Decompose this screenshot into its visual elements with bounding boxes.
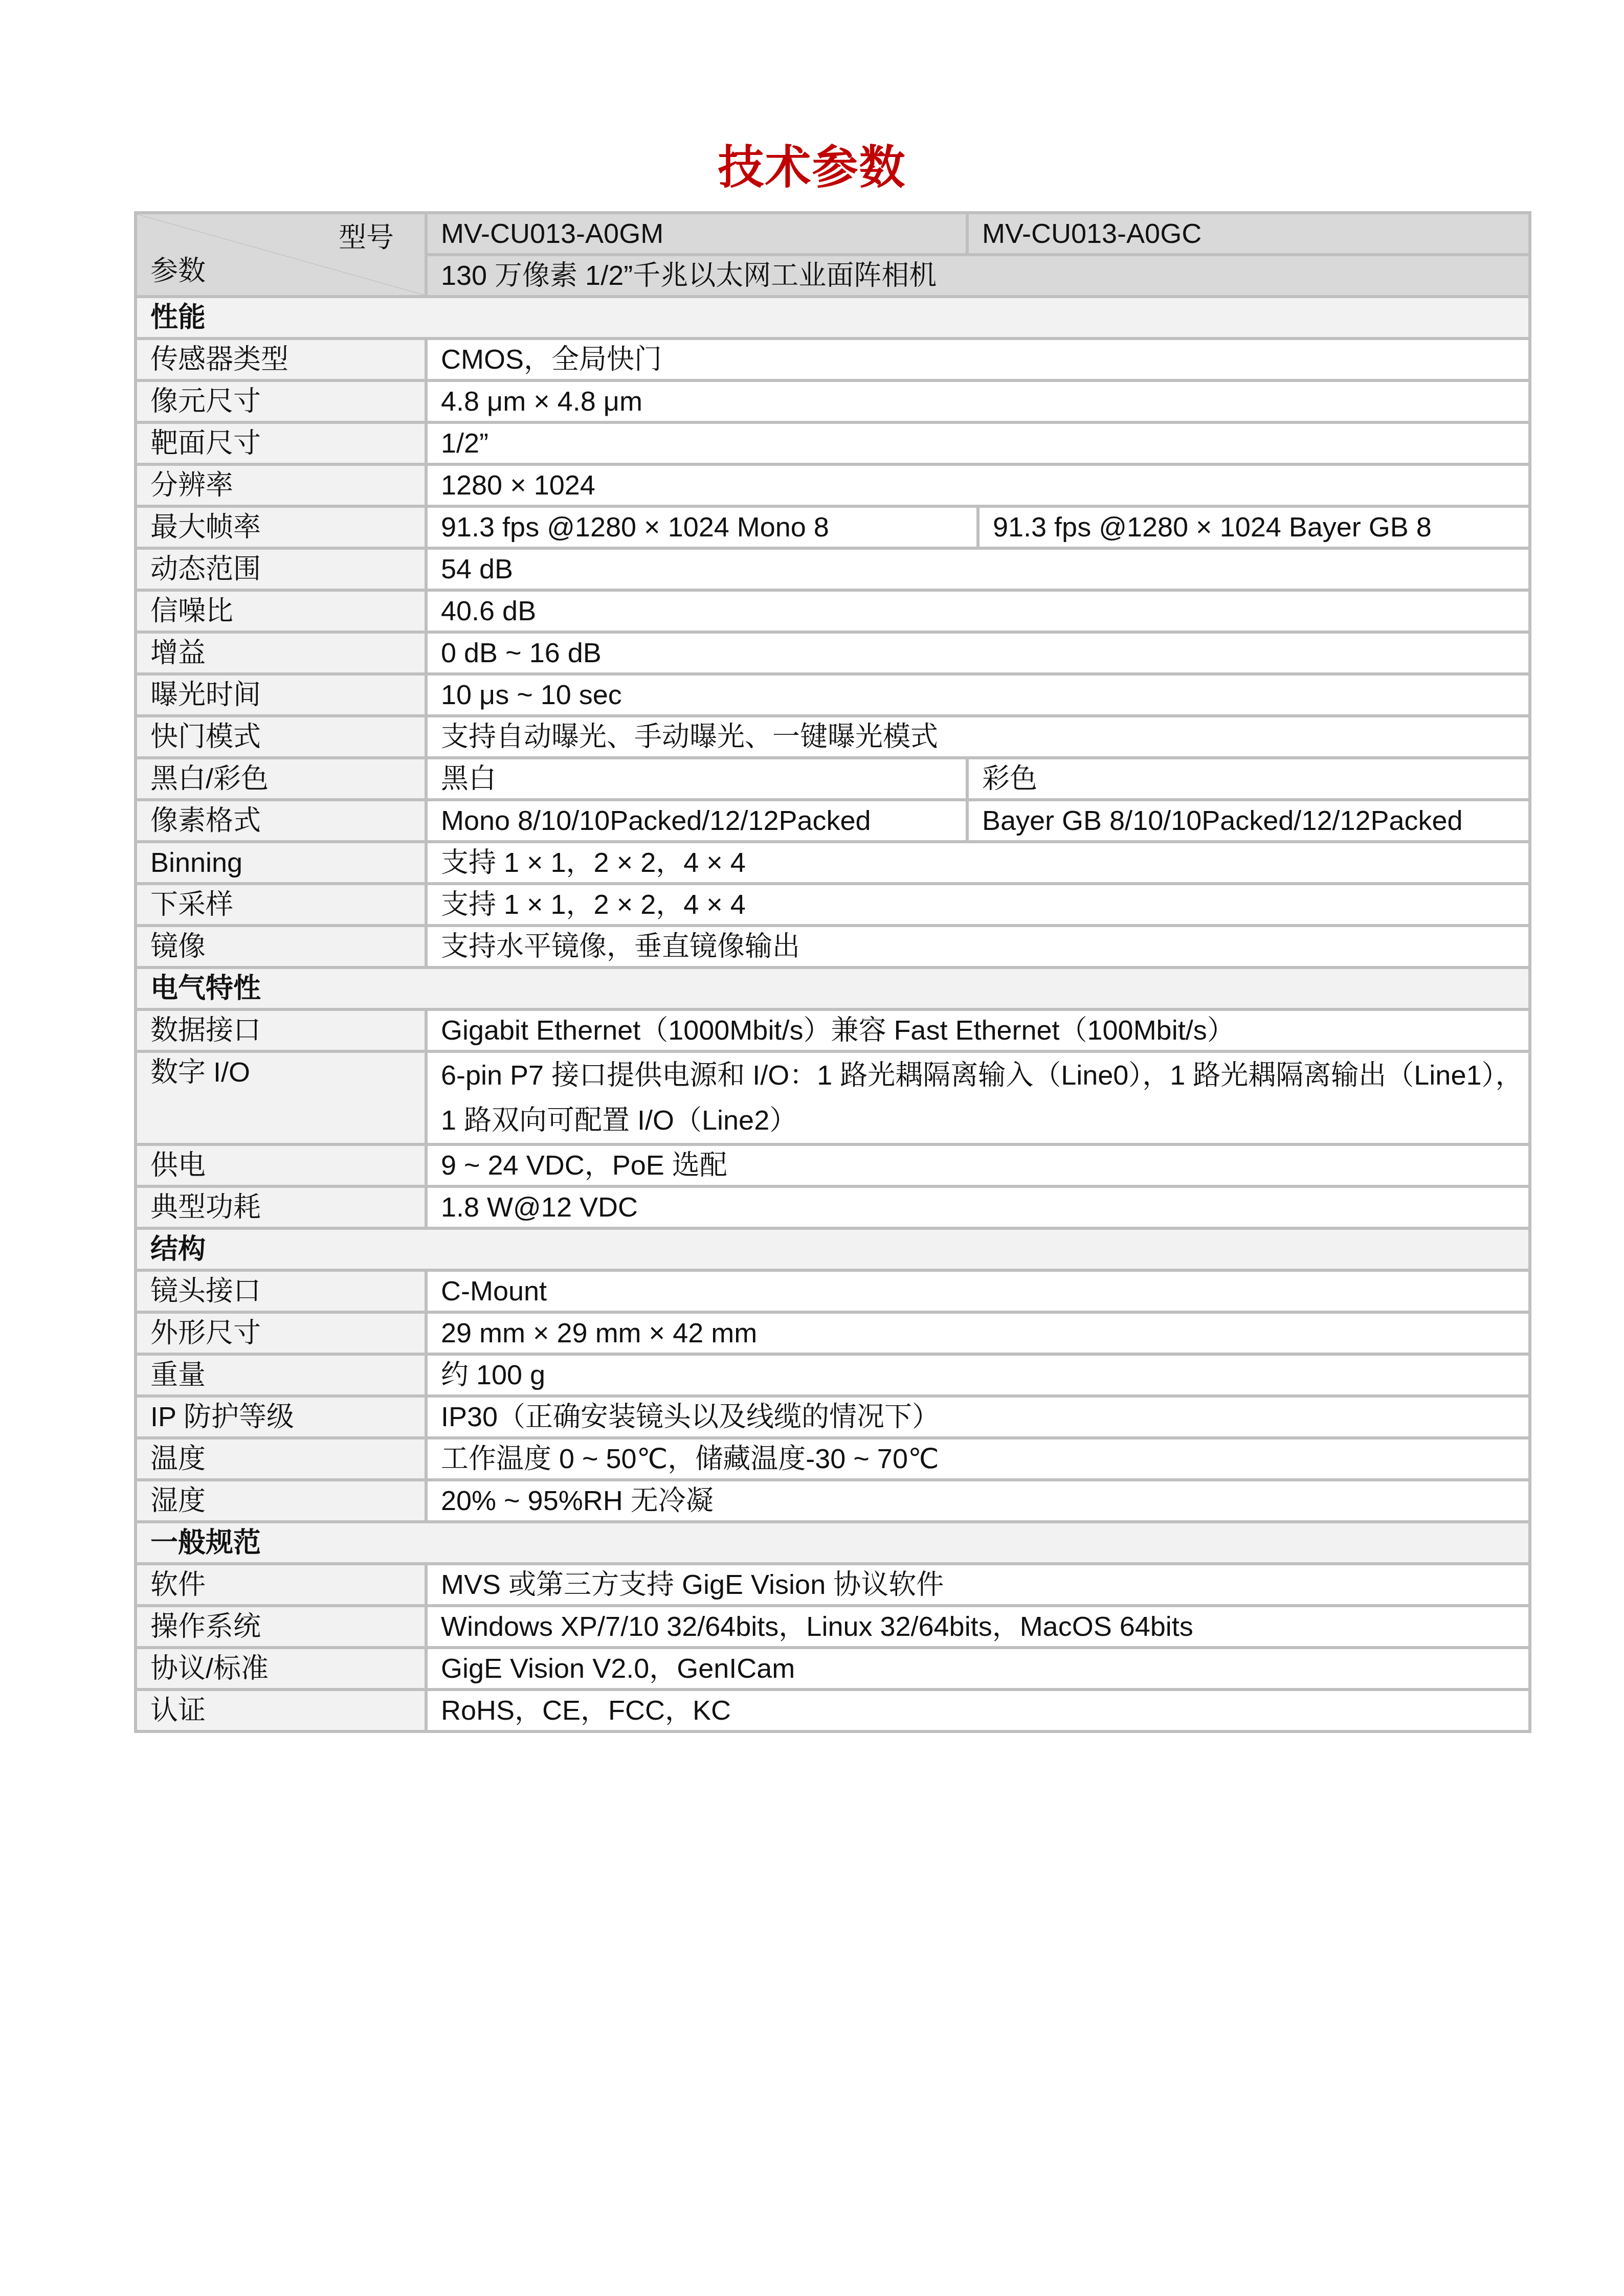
row-label: 传感器类型 [136, 339, 426, 380]
table-row: 协议/标准 GigE Vision V2.0，GenICam [136, 1648, 1530, 1690]
row-value: GigE Vision V2.0，GenICam [426, 1648, 1530, 1690]
row-value: 工作温度 0 ~ 50℃，储藏温度-30 ~ 70℃ [426, 1438, 1530, 1480]
row-label: 温度 [136, 1438, 426, 1480]
row-label: 供电 [136, 1144, 426, 1186]
row-label: 重量 [136, 1354, 426, 1396]
table-row: 重量 约 100 g [136, 1354, 1530, 1396]
row-label: 认证 [136, 1690, 426, 1731]
row-value-line: 6-pin P7 接口提供电源和 I/O：1 路光耦隔离输入（Line0），1 … [441, 1053, 1528, 1098]
section-header-electrical: 电气特性 [136, 967, 1530, 1009]
row-value-mono: 91.3 fps @1280 × 1024 Mono 8 [426, 506, 978, 548]
row-label: 分辨率 [136, 464, 426, 506]
row-label: 外形尺寸 [136, 1312, 426, 1354]
row-label: 数字 I/O [136, 1051, 426, 1144]
row-label: 数据接口 [136, 1009, 426, 1051]
table-row: 温度 工作温度 0 ~ 50℃，储藏温度-30 ~ 70℃ [136, 1438, 1530, 1480]
row-label: 靶面尺寸 [136, 422, 426, 464]
table-row: 典型功耗 1.8 W@12 VDC [136, 1186, 1530, 1228]
row-value: 0 dB ~ 16 dB [426, 632, 1530, 674]
row-value: RoHS，CE，FCC，KC [426, 1690, 1530, 1731]
table-row: IP 防护等级 IP30（正确安装镜头以及线缆的情况下） [136, 1396, 1530, 1438]
row-label: 镜像 [136, 926, 426, 967]
table-row: 靶面尺寸 1/2” [136, 422, 1530, 464]
row-label: 曝光时间 [136, 674, 426, 716]
row-value-color: 91.3 fps @1280 × 1024 Bayer GB 8 [978, 506, 1530, 548]
row-value: 54 dB [426, 548, 1530, 590]
row-value: 29 mm × 29 mm × 42 mm [426, 1312, 1530, 1354]
row-label: 软件 [136, 1564, 426, 1606]
row-label: Binning [136, 842, 426, 884]
row-value-line: 1 路双向可配置 I/O（Line2） [441, 1098, 1528, 1143]
table-row: 镜像 支持水平镜像，垂直镜像输出 [136, 926, 1530, 967]
row-label: IP 防护等级 [136, 1396, 426, 1438]
row-label: 操作系统 [136, 1606, 426, 1648]
table-row: 曝光时间 10 μs ~ 10 sec [136, 674, 1530, 716]
table-row: 增益 0 dB ~ 16 dB [136, 632, 1530, 674]
table-row: 湿度 20% ~ 95%RH 无冷凝 [136, 1480, 1530, 1522]
table-row: 快门模式 支持自动曝光、手动曝光、一键曝光模式 [136, 716, 1530, 758]
section-title: 性能 [136, 297, 1530, 339]
table-row: 像素格式 Mono 8/10/10Packed/12/12Packed Baye… [136, 800, 1530, 842]
row-value: Gigabit Ethernet（1000Mbit/s）兼容 Fast Ethe… [426, 1009, 1530, 1051]
table-row: 下采样 支持 1 × 1，2 × 2，4 × 4 [136, 884, 1530, 926]
model-label: 型号 [339, 221, 394, 255]
row-label: 最大帧率 [136, 506, 426, 548]
row-label: 典型功耗 [136, 1186, 426, 1228]
section-header-structure: 结构 [136, 1228, 1530, 1270]
row-value-color: 彩色 [967, 758, 1530, 800]
row-label: 黑白/彩色 [136, 758, 426, 800]
row-label: 像素格式 [136, 800, 426, 842]
row-value: Windows XP/7/10 32/64bits，Linux 32/64bit… [426, 1606, 1530, 1648]
section-header-performance: 性能 [136, 297, 1530, 339]
model-name-color: MV-CU013-A0GC [967, 213, 1530, 255]
row-value: 40.6 dB [426, 590, 1530, 632]
section-title: 一般规范 [136, 1522, 1530, 1564]
row-value: 6-pin P7 接口提供电源和 I/O：1 路光耦隔离输入（Line0），1 … [426, 1051, 1530, 1144]
table-row: 镜头接口 C-Mount [136, 1270, 1530, 1312]
row-value: 10 μs ~ 10 sec [426, 674, 1530, 716]
table-row: 黑白/彩色 黑白 彩色 [136, 758, 1530, 800]
row-value: 支持自动曝光、手动曝光、一键曝光模式 [426, 716, 1530, 758]
page-title: 技术参数 [0, 137, 1624, 198]
section-title: 电气特性 [136, 967, 1530, 1009]
table-row: 像元尺寸 4.8 μm × 4.8 μm [136, 380, 1530, 422]
row-label: 镜头接口 [136, 1270, 426, 1312]
header-corner-cell: 型号 参数 [136, 213, 426, 297]
row-value: C-Mount [426, 1270, 1530, 1312]
section-header-general: 一般规范 [136, 1522, 1530, 1564]
row-label: 动态范围 [136, 548, 426, 590]
row-value-mono: Mono 8/10/10Packed/12/12Packed [426, 800, 967, 842]
section-title: 结构 [136, 1228, 1530, 1270]
row-value: 1/2” [426, 422, 1530, 464]
table-row: 最大帧率 91.3 fps @1280 × 1024 Mono 8 91.3 f… [136, 506, 1530, 548]
row-value: 约 100 g [426, 1354, 1530, 1396]
spec-table: 型号 参数 MV-CU013-A0GM MV-CU013-A0GC 130 万像… [134, 211, 1531, 1733]
row-value: IP30（正确安装镜头以及线缆的情况下） [426, 1396, 1530, 1438]
table-row: Binning 支持 1 × 1，2 × 2，4 × 4 [136, 842, 1530, 884]
row-label: 湿度 [136, 1480, 426, 1522]
table-row: 数据接口 Gigabit Ethernet（1000Mbit/s）兼容 Fast… [136, 1009, 1530, 1051]
row-label: 信噪比 [136, 590, 426, 632]
row-label: 快门模式 [136, 716, 426, 758]
row-value: 支持 1 × 1，2 × 2，4 × 4 [426, 884, 1530, 926]
row-value: CMOS，全局快门 [426, 339, 1530, 380]
row-value: 1.8 W@12 VDC [426, 1186, 1530, 1228]
table-row: 操作系统 Windows XP/7/10 32/64bits，Linux 32/… [136, 1606, 1530, 1648]
table-row: 供电 9 ~ 24 VDC，PoE 选配 [136, 1144, 1530, 1186]
row-label: 下采样 [136, 884, 426, 926]
table-row: 传感器类型 CMOS，全局快门 [136, 339, 1530, 380]
row-value: 支持水平镜像，垂直镜像输出 [426, 926, 1530, 967]
row-value: 支持 1 × 1，2 × 2，4 × 4 [426, 842, 1530, 884]
row-value: MVS 或第三方支持 GigE Vision 协议软件 [426, 1564, 1530, 1606]
row-value: 9 ~ 24 VDC，PoE 选配 [426, 1144, 1530, 1186]
table-row: 认证 RoHS，CE，FCC，KC [136, 1690, 1530, 1731]
table-row: 信噪比 40.6 dB [136, 590, 1530, 632]
row-value-mono: 黑白 [426, 758, 967, 800]
row-value: 4.8 μm × 4.8 μm [426, 380, 1530, 422]
row-label: 增益 [136, 632, 426, 674]
row-value: 1280 × 1024 [426, 464, 1530, 506]
model-description: 130 万像素 1/2”千兆以太网工业面阵相机 [426, 255, 1530, 297]
table-row: 分辨率 1280 × 1024 [136, 464, 1530, 506]
row-value: 20% ~ 95%RH 无冷凝 [426, 1480, 1530, 1522]
table-row: 软件 MVS 或第三方支持 GigE Vision 协议软件 [136, 1564, 1530, 1606]
table-row: 外形尺寸 29 mm × 29 mm × 42 mm [136, 1312, 1530, 1354]
header-row-models: 型号 参数 MV-CU013-A0GM MV-CU013-A0GC [136, 213, 1530, 255]
model-name-mono: MV-CU013-A0GM [426, 213, 967, 255]
table-row: 数字 I/O 6-pin P7 接口提供电源和 I/O：1 路光耦隔离输入（Li… [136, 1051, 1530, 1144]
row-label: 协议/标准 [136, 1648, 426, 1690]
row-label: 像元尺寸 [136, 380, 426, 422]
table-row: 动态范围 54 dB [136, 548, 1530, 590]
param-label: 参数 [150, 255, 206, 288]
row-value-color: Bayer GB 8/10/10Packed/12/12Packed [967, 800, 1530, 842]
